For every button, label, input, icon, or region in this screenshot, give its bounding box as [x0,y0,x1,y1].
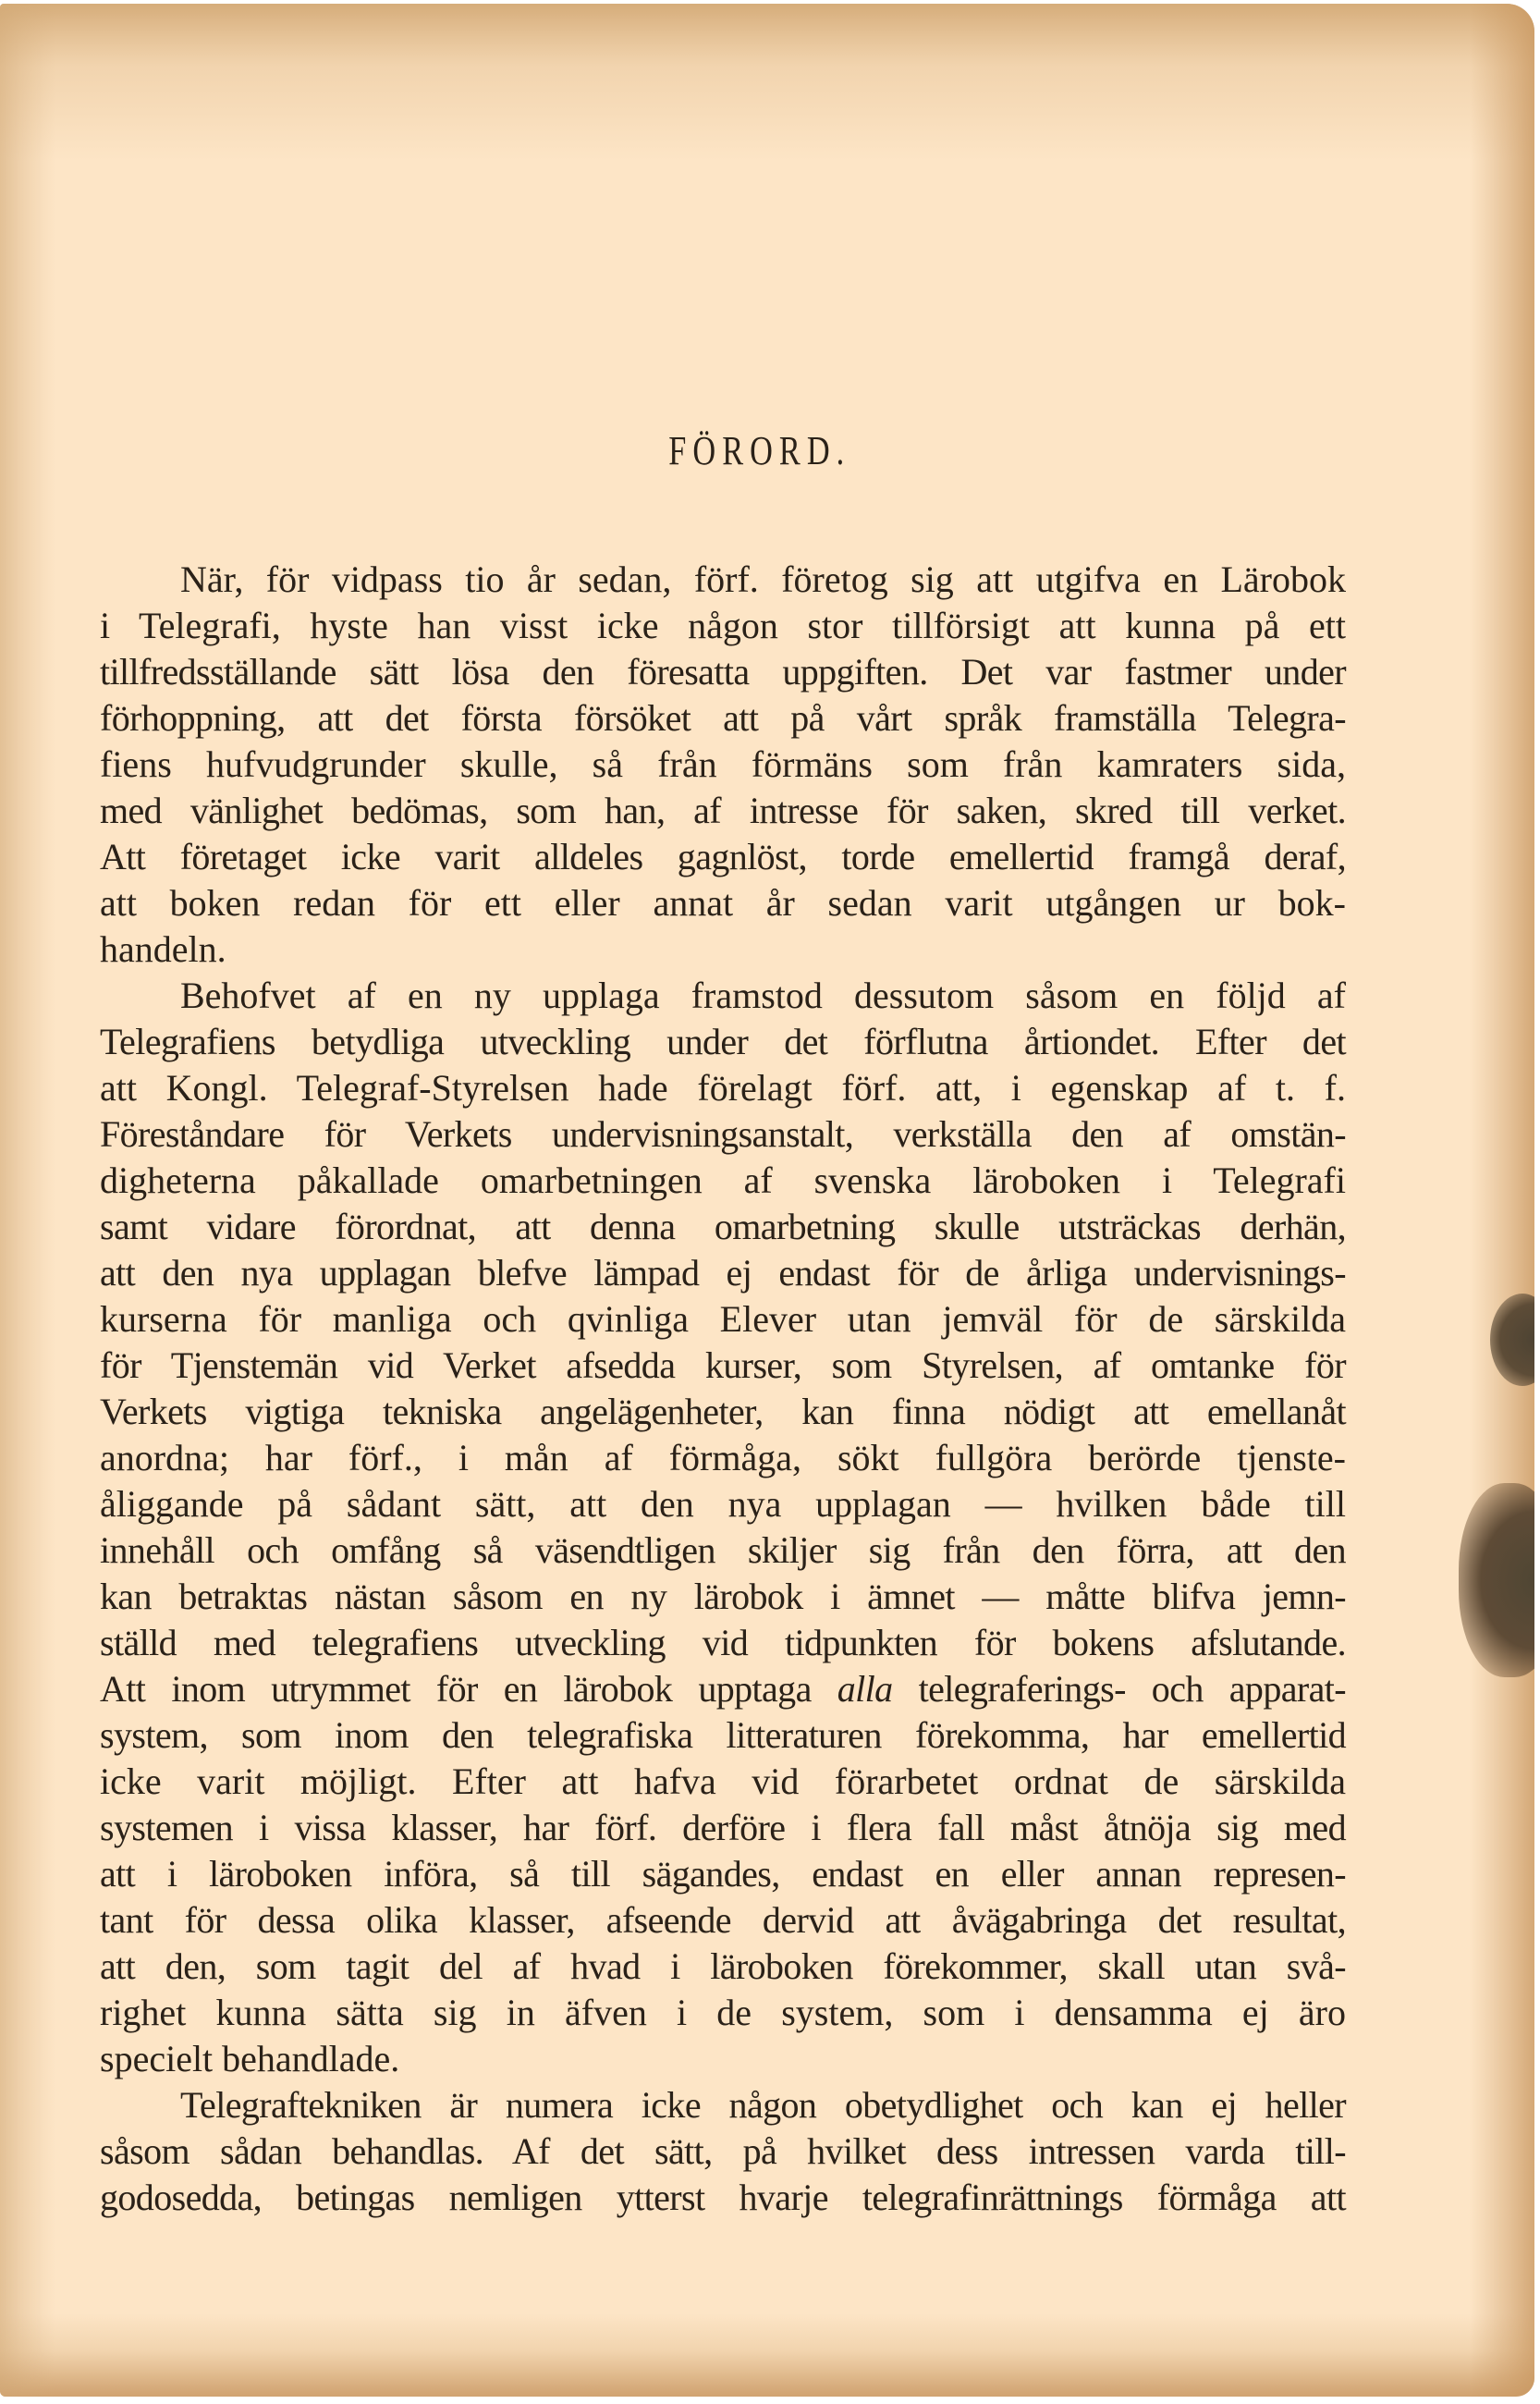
text-line: för Tjenstemän vid Verket afsedda kurser… [100,1343,1346,1389]
text-line: Behofvet af en ny upplaga framstod dessu… [100,973,1346,1019]
text-line: anordna; har förf., i mån af förmåga, sö… [100,1435,1346,1481]
text-line: Att företaget icke varit alldeles gagnlö… [100,834,1346,880]
edge-stain-right [1470,4,1534,2397]
text-line: i Telegrafi, hyste han visst icke någon … [100,603,1346,649]
text-line: att Kongl. Telegraf-Styrelsen hade förel… [100,1065,1346,1111]
edge-stain-left [0,4,55,2397]
text-line: fiens hufvudgrunder skulle, så från förm… [100,742,1346,788]
text-line: tillfredsställande sätt lösa den föresat… [100,649,1346,695]
text-line: innehåll och omfång så väsendtligen skil… [100,1527,1346,1574]
text-line: Föreståndare för Verkets undervisningsan… [100,1111,1346,1158]
text-line: förhoppning, att det första försöket att… [100,695,1346,742]
page-title: FÖRORD. [159,427,1360,474]
text-line: att i läroboken införa, så till sägandes… [100,1851,1346,1897]
text-line: med vänlighet bedömas, som han, af intre… [100,788,1346,834]
ink-blot-lower [1459,1483,1534,1677]
text-line: att den, som tagit del af hvad i lärobok… [100,1944,1346,1990]
text-line: åliggande på sådant sätt, att den nya up… [100,1481,1346,1527]
text-line: righet kunna sätta sig in äfven i de sys… [100,1990,1346,2036]
text-line: såsom sådan behandlas. Af det sätt, på h… [100,2128,1346,2175]
water-stain-bottom [0,2313,1534,2397]
text-line: tant för dessa olika klasser, afseende d… [100,1897,1346,1944]
text-line: ställd med telegrafiens utveckling vid t… [100,1620,1346,1666]
text-line: system, som inom den telegrafiska litter… [100,1712,1346,1759]
text-line: icke varit möjligt. Efter att hafva vid … [100,1759,1346,1805]
body-text: När, för vidpass tio år sedan, förf. för… [100,557,1346,2221]
text-line: Att inom utrymmet för en lärobok upptaga… [100,1666,1346,1712]
text-line: godosedda, betingas nemligen ytterst hva… [100,2175,1346,2221]
text-line: kan betraktas nästan såsom en ny lärobok… [100,1574,1346,1620]
text-line: Verkets vigtiga tekniska angelägenheter,… [100,1389,1346,1435]
text-line: Telegrafiens betydliga utveckling under … [100,1019,1346,1065]
text-line: specielt behandlade. [100,2036,1346,2082]
italic-emphasis: alla [837,1668,893,1710]
water-stain-top [0,4,1534,161]
text-line: samt vidare förordnat, att denna omarbet… [100,1204,1346,1250]
text-line: att den nya upplagan blefve lämpad ej en… [100,1250,1346,1296]
text-line: att boken redan för ett eller annat år s… [100,880,1346,926]
text-line: När, för vidpass tio år sedan, förf. för… [100,557,1346,603]
text-line: kurserna för manliga och qvinliga Elever… [100,1296,1346,1343]
text-line: handeln. [100,926,1346,973]
text-line: Telegraftekniken är numera icke någon ob… [100,2082,1346,2128]
text-line: digheterna påkallade omarbetningen af sv… [100,1158,1346,1204]
text-line: systemen i vissa klasser, har förf. derf… [100,1805,1346,1851]
